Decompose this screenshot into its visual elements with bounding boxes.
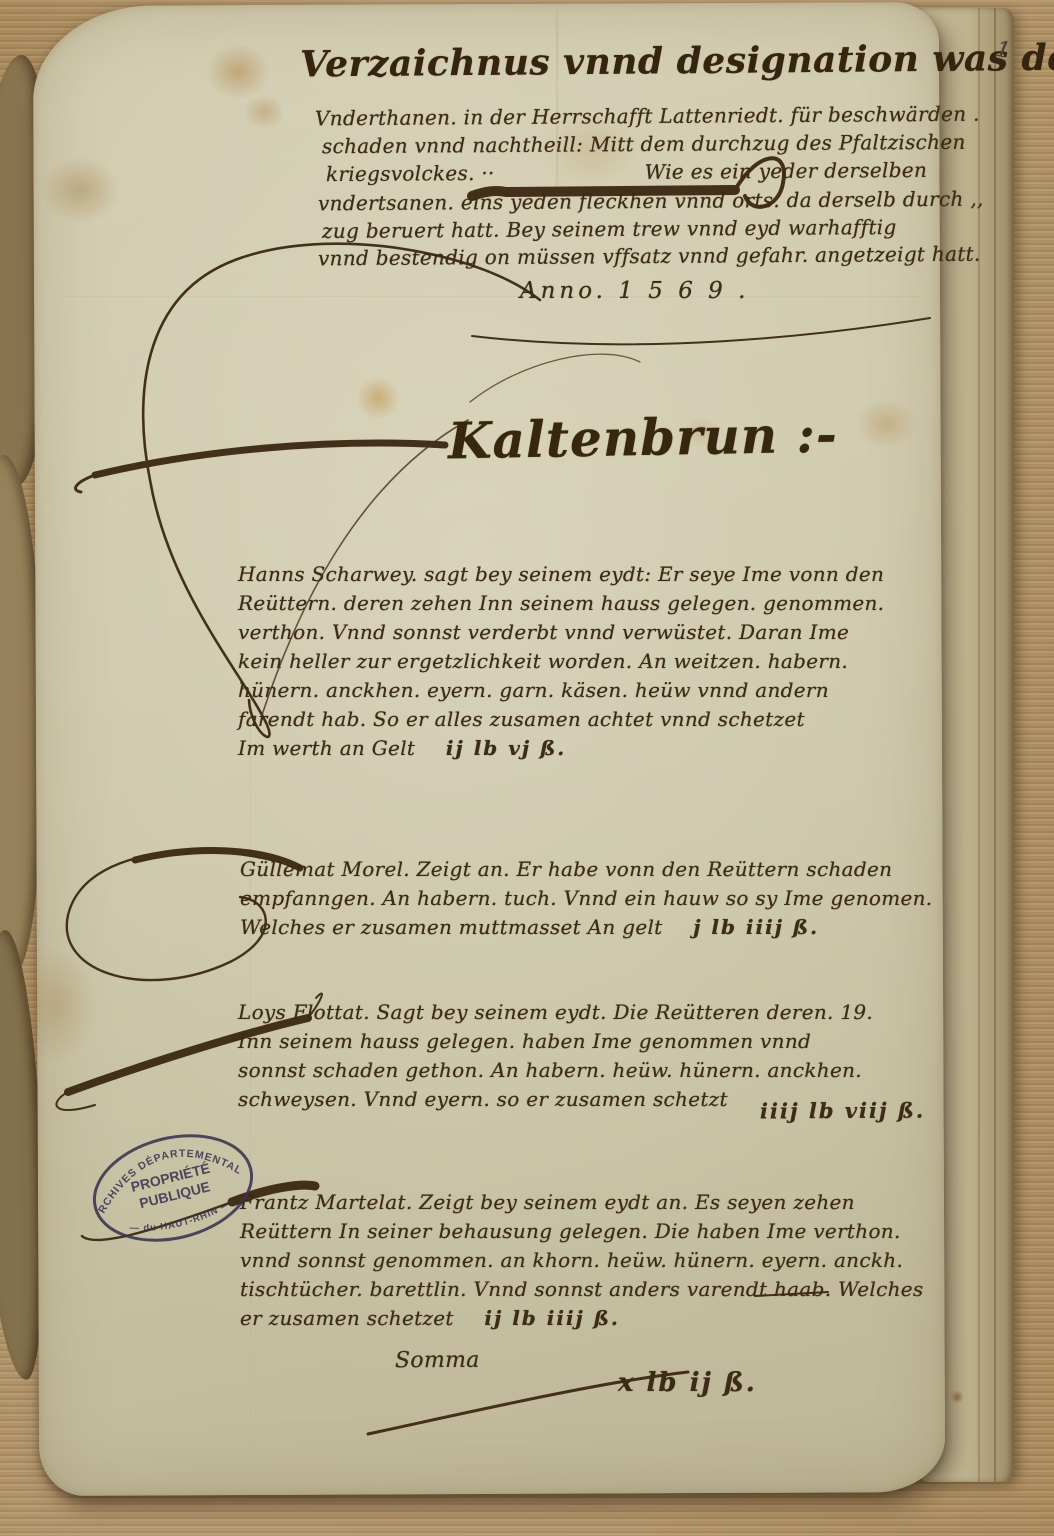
page-edge-line (978, 8, 980, 1482)
entry-loys-flottat: Loys Flottat. Sagt bey seinem eydt. Die … (238, 998, 938, 1114)
header-line: vnnd bestendig on müssen vffsatz vnnd ge… (318, 242, 981, 271)
entry-line: empfanngen. An habern. tuch. Vnnd ein ha… (240, 884, 940, 913)
amount-value: j lb iiij ß. (693, 915, 819, 939)
header-line-right: Wie es ein yeder derselben (645, 158, 928, 184)
amount-value: ij lb vj ß. (446, 736, 566, 760)
amount-label: Welches er zusamen muttmasset An gelt (240, 915, 663, 939)
summa-label: Somma (395, 1348, 480, 1373)
entry-line: verthon. Vnnd sonnst verderbt vnnd verwü… (238, 618, 938, 647)
entry-hanns-scharwey: Hanns Scharwey. sagt bey seinem eydt: Er… (238, 560, 938, 763)
flourish-gap (495, 160, 645, 185)
entry-line: kein heller zur ergetzlichkeit worden. A… (238, 647, 938, 676)
entry-amount-row: Welches er zusamen muttmasset An gelt j … (240, 913, 940, 942)
amount-label: Im werth an Gelt (238, 736, 415, 760)
entry-amount-value: iiij lb viij ß. (760, 1098, 925, 1124)
header-line: vndertsanen. eins yeden fleckhen vnnd or… (318, 187, 984, 216)
section-heading: Kaltenbrun :- (448, 405, 839, 471)
header-line: zug beruert hatt. Bey seinem trew vnnd e… (322, 215, 897, 243)
entry-line: Loys Flottat. Sagt bey seinem eydt. Die … (238, 998, 938, 1027)
header-line-left: kriegsvolckes. ·· (326, 161, 495, 186)
photographed-manuscript-page: { "meta": { "page_number": "1" }, "heade… (0, 0, 1054, 1536)
entry-line: Hanns Scharwey. sagt bey seinem eydt: Er… (238, 560, 938, 589)
paper-crease (60, 296, 920, 298)
header-line: Vnderthanen. in der Herrschafft Lattenri… (315, 102, 980, 131)
entry-line: hünern. anckhen. eyern. garn. käsen. heü… (238, 676, 938, 705)
anno-date: Anno. 1 5 6 9 . (520, 278, 749, 304)
entry-line: vnnd sonnst genommen. an khorn. heüw. hü… (240, 1246, 940, 1275)
entry-line: Frantz Martelat. Zeigt bey seinem eydt a… (240, 1188, 940, 1217)
entry-line: Reüttern. deren zehen Inn seinem hauss g… (238, 589, 938, 618)
amount-label: er zusamen schetzet (240, 1306, 454, 1330)
entry-amount-row: er zusamen schetzet ij lb iiij ß. (240, 1304, 940, 1333)
entry-line: tischtücher. barettlin. Vnnd sonnst ande… (240, 1275, 940, 1304)
entry-line: farendt hab. So er alles zusamen achtet … (238, 705, 938, 734)
entry-line: Reüttern In seiner behausung gelegen. Di… (240, 1217, 940, 1246)
entry-line: sonnst schaden gethon. An habern. heüw. … (238, 1056, 938, 1085)
entry-line: Inn seinem hauss gelegen. haben Ime geno… (238, 1027, 938, 1056)
entry-frantz-martelat: Frantz Martelat. Zeigt bey seinem eydt a… (240, 1188, 940, 1333)
document-title: Verzaichnus vnnd designation was den (300, 37, 1054, 86)
header-line: kriegsvolckes. ·· Wie es ein yeder derse… (326, 158, 927, 186)
entry-line: Güllemat Morel. Zeigt an. Er habe vonn d… (240, 855, 940, 884)
page-edge-line (994, 8, 996, 1482)
header-line: schaden vnnd nachtheill: Mitt dem durchz… (322, 130, 966, 158)
amount-value: ij lb iiij ß. (484, 1306, 620, 1330)
entry-amount-row: Im werth an Gelt ij lb vj ß. (238, 734, 938, 763)
entry-guellemat-morel: Güllemat Morel. Zeigt an. Er habe vonn d… (240, 855, 940, 942)
summa-amount: x lb ij ß. (618, 1368, 757, 1398)
